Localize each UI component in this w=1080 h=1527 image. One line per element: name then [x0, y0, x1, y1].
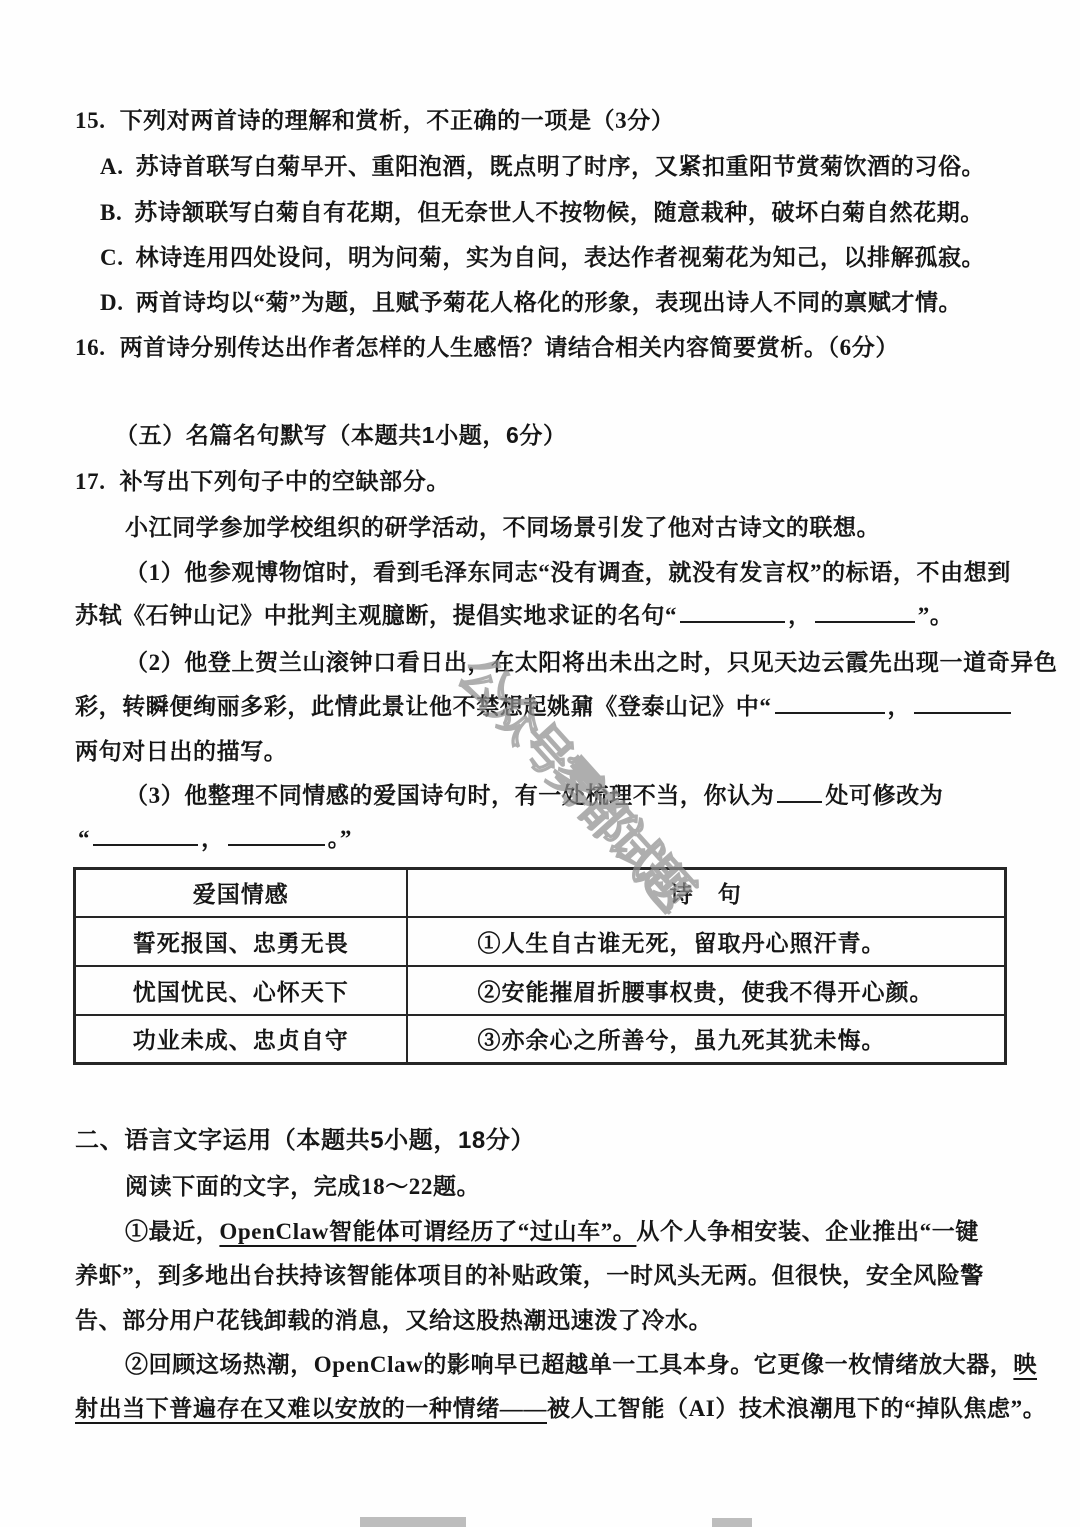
scan-artifact: [360, 1517, 466, 1527]
fill-1-line-1: （1）他参观博物馆时，看到毛泽东同志“没有调查，就没有发言权”的标语，不由想到: [125, 558, 1011, 588]
question-15-text: 下列对两首诗的理解和赏析，不正确的一项是（3分）: [120, 108, 675, 133]
fill-1-comma: ，: [788, 603, 812, 628]
option-d-text: 两首诗均以“菊”为题，且赋予菊花人格化的形象，表现出诗人不同的禀赋才情。: [136, 290, 963, 315]
option-d-letter: D.: [100, 290, 124, 315]
blank-line: [914, 692, 1011, 714]
fill-2-comma: ，: [888, 694, 912, 719]
blank-line: [93, 824, 198, 846]
question-17-intro: 小江同学参加学校组织的研学活动，不同场景引发了他对古诗文的联想。: [125, 513, 880, 543]
question-15-number: 15.: [75, 108, 106, 133]
question-17: 17.补写出下列句子中的空缺部分。: [75, 467, 450, 497]
blank-line: [228, 824, 325, 846]
p2-line2-post: 被人工智能（AI）技术浪潮甩下的“掉队焦虑”。: [547, 1396, 1046, 1421]
paragraph-2-line-1: ②回顾这场热潮，OpenClaw的影响早已超越单一工具本身。它更像一枚情绪放大器…: [125, 1350, 1037, 1380]
blank-line: [680, 601, 785, 623]
option-a: A.苏诗首联写白菊早开、重阳泡酒，既点明了时序，又紧扣重阳节赏菊饮酒的习俗。: [100, 152, 985, 182]
option-d: D.两首诗均以“菊”为题，且赋予菊花人格化的形象，表现出诗人不同的禀赋才情。: [100, 288, 962, 318]
question-15: 15.下列对两首诗的理解和赏析，不正确的一项是（3分）: [75, 106, 674, 136]
p2-pre: ②回顾这场热潮，OpenClaw的影响早已超越单一工具本身。它更像一枚情绪放大器…: [125, 1352, 1013, 1377]
p2-line2-underlined: 射出当下普遍存在又难以安放的一种情绪——: [75, 1396, 547, 1421]
table-cell-verse-2: ②安能摧眉折腰事权贵，使我不得开心颜。: [407, 966, 1006, 1015]
blank-line: [777, 781, 822, 803]
fill-2-line-2: 彩，转瞬便绚丽多彩，此情此景让他不禁想起姚鼐《登泰山记》中“，: [75, 692, 1014, 722]
table-cell-verse-1: ①人生自古谁无死，留取丹心照汗青。: [407, 917, 1006, 966]
fill-3-post: 处可修改为: [825, 783, 943, 808]
option-a-text: 苏诗首联写白菊早开、重阳泡酒，既点明了时序，又紧扣重阳节赏菊饮酒的习俗。: [136, 154, 986, 179]
reading-instruction: 阅读下面的文字，完成18～22题。: [125, 1172, 480, 1202]
p1-post: 从个人争相安装、企业推出“一键: [636, 1219, 979, 1244]
option-a-letter: A.: [100, 154, 124, 179]
blank-line: [815, 601, 915, 623]
option-b-letter: B.: [100, 200, 122, 225]
fill-2-pre: 彩，转瞬便绚丽多彩，此情此景让他不禁想起姚鼐《登泰山记》中“: [75, 694, 772, 719]
section-2-heading: 二、语言文字运用（本题共5小题，18分）: [75, 1126, 535, 1156]
fill-3-comma: ，: [201, 826, 225, 851]
option-b-text: 苏诗颔联写白菊自有花期，但无奈世人不按物候，随意栽种，破坏白菊自然花期。: [134, 200, 984, 225]
paragraph-2-line-2: 射出当下普遍存在又难以安放的一种情绪——被人工智能（AI）技术浪潮甩下的“掉队焦…: [75, 1394, 1046, 1424]
table-row: 誓死报国、忠勇无畏 ①人生自古谁无死，留取丹心照汗青。: [75, 917, 1006, 966]
p2-tail-underlined: 映: [1013, 1352, 1037, 1377]
table-cell-emotion-1: 誓死报国、忠勇无畏: [75, 917, 407, 966]
patriotic-poems-table: 爱国情感 诗 句 誓死报国、忠勇无畏 ①人生自古谁无死，留取丹心照汗青。 忧国忧…: [73, 867, 1007, 1065]
fill-3-line-1: （3）他整理不同情感的爱国诗句时，有一处梳理不当，你认为处可修改为: [125, 781, 943, 811]
fill-2-line-1: （2）他登上贺兰山滚钟口看日出，在太阳将出未出之时，只见天边云霞先出现一道奇异色: [125, 648, 1058, 678]
table-cell-emotion-3: 功业未成、忠贞自守: [75, 1015, 407, 1064]
scan-artifact: [712, 1518, 752, 1527]
exam-page: 15.下列对两首诗的理解和赏析，不正确的一项是（3分） A.苏诗首联写白菊早开、…: [0, 0, 1080, 1527]
blank-line: [775, 692, 885, 714]
question-16-number: 16.: [75, 335, 106, 360]
fill-2-line-3: 两句对日出的描写。: [75, 737, 287, 767]
section-5-heading: （五）名篇名句默写（本题共1小题，6分）: [115, 420, 567, 450]
question-16: 16.两首诗分别传达出作者怎样的人生感悟？请结合相关内容简要赏析。（6分）: [75, 333, 899, 363]
table-cell-emotion-2: 忧国忧民、心怀天下: [75, 966, 407, 1015]
fill-3-open-quote: “: [78, 826, 90, 851]
fill-3-pre: （3）他整理不同情感的爱国诗句时，有一处梳理不当，你认为: [125, 783, 774, 808]
question-17-text: 补写出下列句子中的空缺部分。: [120, 469, 450, 494]
question-16-text: 两首诗分别传达出作者怎样的人生感悟？请结合相关内容简要赏析。（6分）: [120, 335, 899, 360]
option-c: C.林诗连用四处设问，明为问菊，实为自问，表达作者视菊花为知己，以排解孤寂。: [100, 243, 985, 273]
table-cell-verse-3: ③亦余心之所善兮，虽九死其犹未悔。: [407, 1015, 1006, 1064]
fill-1-close: ”。: [918, 603, 954, 628]
p1-underlined: OpenClaw智能体可谓经历了“过山车”。: [219, 1219, 636, 1244]
fill-3-close: 。”: [328, 826, 352, 851]
fill-3-line-2: “，。”: [78, 824, 352, 854]
option-c-text: 林诗连用四处设问，明为问菊，实为自问，表达作者视菊花为知己，以排解孤寂。: [136, 245, 986, 270]
table-header-row: 爱国情感 诗 句: [75, 869, 1006, 917]
p1-pre: ①最近，: [125, 1219, 219, 1244]
option-b: B.苏诗颔联写白菊自有花期，但无奈世人不按物候，随意栽种，破坏白菊自然花期。: [100, 198, 984, 228]
fill-1-pre: 苏轼《石钟山记》中批判主观臆断，提倡实地求证的名句“: [75, 603, 677, 628]
table-row: 忧国忧民、心怀天下 ②安能摧眉折腰事权贵，使我不得开心颜。: [75, 966, 1006, 1015]
paragraph-1-line-3: 告、部分用户花钱卸载的消息，又给这股热潮迅速泼了冷水。: [75, 1306, 712, 1336]
option-c-letter: C.: [100, 245, 124, 270]
question-17-number: 17.: [75, 469, 106, 494]
paragraph-1-line-1: ①最近，OpenClaw智能体可谓经历了“过山车”。从个人争相安装、企业推出“一…: [125, 1217, 979, 1247]
table-row: 功业未成、忠贞自守 ③亦余心之所善兮，虽九死其犹未悔。: [75, 1015, 1006, 1064]
fill-1-line-2: 苏轼《石钟山记》中批判主观臆断，提倡实地求证的名句“，”。: [75, 601, 953, 631]
table-header-emotion: 爱国情感: [75, 869, 407, 917]
paragraph-1-line-2: 养虾”，到多地出台扶持该智能体项目的补贴政策，一时风头无两。但很快，安全风险警: [75, 1261, 984, 1291]
table-header-verse: 诗 句: [407, 869, 1006, 917]
